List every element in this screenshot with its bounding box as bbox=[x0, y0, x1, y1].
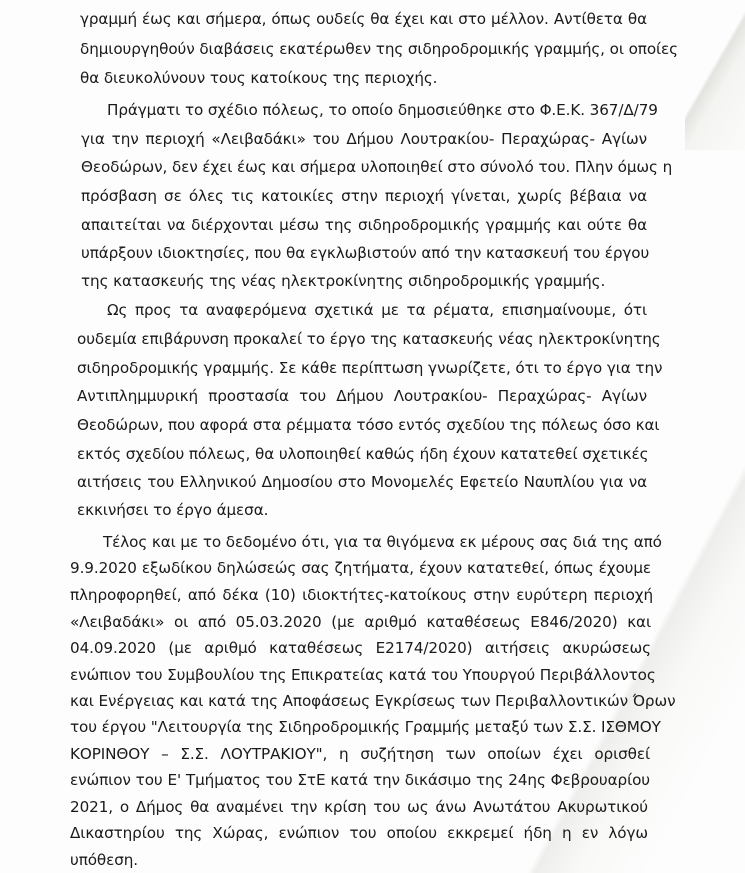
text-line: εκκινήσει το έργο άμεσα. bbox=[77, 500, 647, 520]
text-line: σιδηροδρομικής γραμμής. Σε κάθε περίπτωσ… bbox=[77, 358, 647, 378]
text-line: πρόσβαση σε όλες τις κατοικίες στην περι… bbox=[81, 186, 647, 206]
text-line: ΚΟΡΙΝΘΟΥ – Σ.Σ. ΛΟΥΤΡΑΚΙΟΥ", η συζήτηση … bbox=[70, 744, 650, 764]
text-line: Θεοδώρων, που αφορά στα ρέμματα τόσο εντ… bbox=[77, 415, 647, 435]
text-line: 9.9.2020 εξωδίκου δηλώσεώς σας ζητήματα,… bbox=[70, 558, 651, 578]
text-line: Τέλος και με το δεδομένο ότι, για τα θιγ… bbox=[103, 532, 651, 552]
text-line: «Λειβαδάκι» οι από 05.03.2020 (με αριθμό… bbox=[70, 612, 651, 632]
text-line: 2021, ο Δήμος θα αναμένει την κρίση του … bbox=[70, 797, 648, 817]
text-line: απαιτείται να διέρχονται μέσω της σιδηρο… bbox=[81, 215, 647, 235]
text-line: εκτός σχεδίου πόλεως, θα υλοποιηθεί καθώ… bbox=[77, 444, 647, 464]
text-line: ενώπιον του Ε' Τμήματος του ΣτΕ κατά την… bbox=[70, 770, 650, 790]
text-line: Πράγματι το σχέδιο πόλεως, το οποίο δημο… bbox=[107, 100, 647, 120]
text-line: γραμμή έως και σήμερα, όπως ουδείς θα έχ… bbox=[80, 9, 647, 29]
text-line: υπόθεση. bbox=[70, 850, 647, 870]
text-line: Αντιπλημμυρική προστασία του Δήμου Λουτρ… bbox=[77, 386, 647, 406]
text-line: ενώπιον του Συμβουλίου της Επικρατείας κ… bbox=[70, 665, 652, 685]
text-line: 04.09.2020 (με αριθμό καταθέσεως Ε2174/2… bbox=[70, 638, 651, 658]
text-line: Δικαστηρίου της Χώρας, ενώπιον του οποίο… bbox=[70, 823, 648, 843]
text-line: του έργου "Λειτουργία της Σιδηροδρομικής… bbox=[70, 717, 650, 737]
text-line: της κατασκευής της νέας ηλεκτροκίνητης σ… bbox=[81, 271, 647, 291]
text-line: για την περιοχή «Λειβαδάκι» του Δήμου Λο… bbox=[81, 129, 647, 149]
text-line: πληροφορηθεί, από δέκα (10) ιδιοκτήτες-κ… bbox=[70, 585, 653, 605]
text-line: Θεοδώρων, δεν έχει έως και σήμερα υλοποι… bbox=[81, 157, 647, 177]
text-line: δημιουργηθούν διαβάσεις εκατέρωθεν της σ… bbox=[80, 39, 647, 59]
scanned-document-page: γραμμή έως και σήμερα, όπως ουδείς θα έχ… bbox=[0, 0, 745, 873]
text-line: αιτήσεις του Ελληνικού Δημοσίου στο Μονο… bbox=[77, 472, 647, 492]
text-line: Ως προς τα αναφερόμενα σχετικά με τα ρέμ… bbox=[107, 300, 647, 320]
page-corner-fold bbox=[685, 0, 745, 150]
text-line: υπάρξουν ιδιοκτησίες, που θα εγκλωβιστού… bbox=[81, 243, 647, 263]
text-line: ουδεμία επιβάρυνση προκαλεί το έργο της … bbox=[77, 329, 647, 349]
text-line: θα διευκολύνουν τους κατοίκους της περιο… bbox=[80, 68, 647, 88]
text-line: και Ενέργειας και κατά της Αποφάσεως Εγκ… bbox=[70, 691, 650, 711]
